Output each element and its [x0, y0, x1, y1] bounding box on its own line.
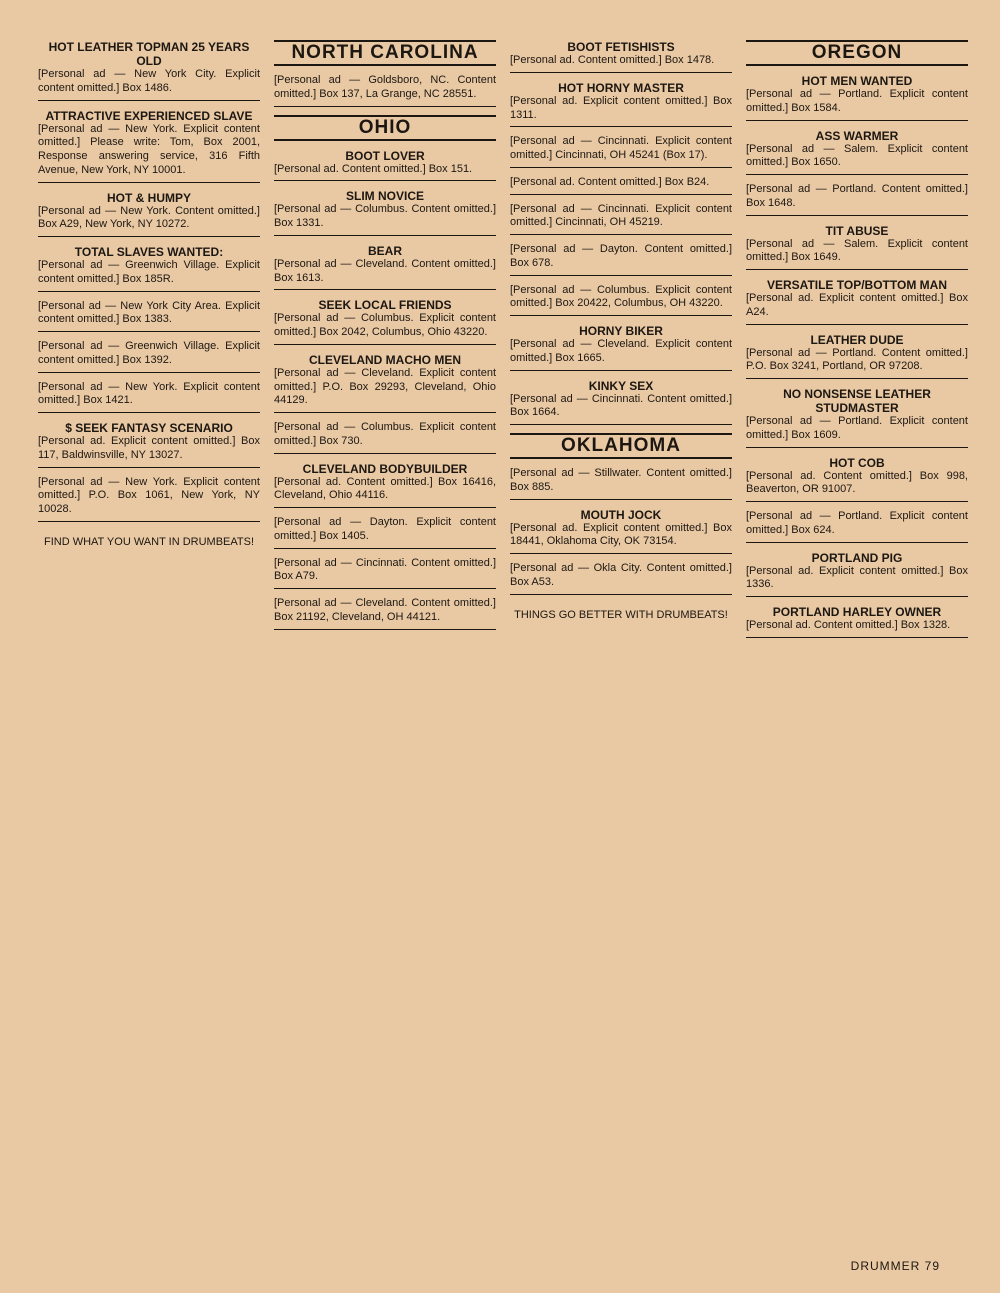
classified-ad: BOOT LOVER[Personal ad. Content omitted.… [274, 149, 496, 182]
ad-title: HOT & HUMPY [38, 191, 260, 205]
ad-body: [Personal ad — Okla City. Content omitte… [510, 562, 732, 590]
ad-body: [Personal ad — Cleveland. Content omitte… [274, 597, 496, 625]
ad-title: LEATHER DUDE [746, 333, 968, 347]
ad-body: [Personal ad — Salem. Explicit content o… [746, 238, 968, 266]
classified-ad: ATTRACTIVE EXPERIENCED SLAVE[Personal ad… [38, 109, 260, 183]
ad-title: KINKY SEX [510, 379, 732, 393]
ad-body: [Personal ad. Content omitted.] Box B24. [510, 176, 732, 190]
ad-title: NO NONSENSE LEATHER STUDMASTER [746, 387, 968, 415]
ad-body: [Personal ad — Stillwater. Content omitt… [510, 467, 732, 495]
classified-ad: [Personal ad — Dayton. Explicit content … [274, 516, 496, 549]
ad-body: [Personal ad — Cleveland. Explicit conte… [510, 338, 732, 366]
ad-title: PORTLAND PIG [746, 551, 968, 565]
ad-title: TIT ABUSE [746, 224, 968, 238]
classified-ad: [Personal ad — Greenwich Village. Explic… [38, 340, 260, 373]
column-4: OREGONHOT MEN WANTED[Personal ad — Portl… [746, 40, 968, 1260]
ad-body: [Personal ad — Cleveland. Content omitte… [274, 258, 496, 286]
column-3: BOOT FETISHISTS[Personal ad. Content omi… [510, 40, 732, 1260]
classified-ad: [Personal ad — New York. Explicit conten… [38, 476, 260, 522]
classified-ad: SEEK LOCAL FRIENDS[Personal ad — Columbu… [274, 298, 496, 345]
classified-ad: [Personal ad — Goldsboro, NC. Content om… [274, 74, 496, 107]
promo-note: THINGS GO BETTER WITH DRUMBEATS! [510, 609, 732, 621]
ad-title: HORNY BIKER [510, 324, 732, 338]
classified-ad: BEAR[Personal ad — Cleveland. Content om… [274, 244, 496, 291]
state-heading: OHIO [274, 115, 496, 141]
ad-body: [Personal ad — Dayton. Explicit content … [274, 516, 496, 544]
classified-ad: [Personal ad — Cincinnati. Content omitt… [274, 557, 496, 590]
ad-title: HOT HORNY MASTER [510, 81, 732, 95]
ad-title: TOTAL SLAVES WANTED: [38, 245, 260, 259]
page-number: DRUMMER 79 [851, 1259, 940, 1273]
classified-ad: [Personal ad. Content omitted.] Box B24. [510, 176, 732, 195]
classified-ad: CLEVELAND MACHO MEN[Personal ad — Clevel… [274, 353, 496, 413]
ad-body: [Personal ad — Portland. Content omitted… [746, 347, 968, 375]
state-heading: OKLAHOMA [510, 433, 732, 459]
column-2: NORTH CAROLINA[Personal ad — Goldsboro, … [274, 40, 496, 1260]
promo-note: FIND WHAT YOU WANT IN DRUMBEATS! [38, 536, 260, 548]
classified-ad: NO NONSENSE LEATHER STUDMASTER[Personal … [746, 387, 968, 448]
ad-body: [Personal ad — Goldsboro, NC. Content om… [274, 74, 496, 102]
ad-title: CLEVELAND MACHO MEN [274, 353, 496, 367]
classified-ad: [Personal ad — Portland. Content omitted… [746, 183, 968, 216]
classified-ad: LEATHER DUDE[Personal ad — Portland. Con… [746, 333, 968, 380]
ad-body: [Personal ad. Explicit content omitted.]… [746, 292, 968, 320]
classified-ad: [Personal ad — Stillwater. Content omitt… [510, 467, 732, 500]
classified-ad: CLEVELAND BODYBUILDER[Personal ad. Conte… [274, 462, 496, 509]
ad-body: [Personal ad. Content omitted.] Box 1641… [274, 476, 496, 504]
ad-body: [Personal ad. Content omitted.] Box 1328… [746, 619, 968, 633]
classified-ad: BOOT FETISHISTS[Personal ad. Content omi… [510, 40, 732, 73]
classified-ad: [Personal ad — Cincinnati. Explicit cont… [510, 203, 732, 236]
ad-body: [Personal ad — New York. Explicit conten… [38, 381, 260, 409]
ad-body: [Personal ad — Salem. Explicit content o… [746, 143, 968, 171]
classified-ad: HOT HORNY MASTER[Personal ad. Explicit c… [510, 81, 732, 128]
ad-title: BOOT LOVER [274, 149, 496, 163]
ad-title: CLEVELAND BODYBUILDER [274, 462, 496, 476]
ad-body: [Personal ad — Portland. Explicit conten… [746, 88, 968, 116]
classified-ad: TOTAL SLAVES WANTED:[Personal ad — Green… [38, 245, 260, 292]
ad-body: [Personal ad. Explicit content omitted.]… [510, 95, 732, 123]
classified-ad: HOT LEATHER TOPMAN 25 YEARS OLD[Personal… [38, 40, 260, 101]
classified-ad: [Personal ad — Dayton. Content omitted.]… [510, 243, 732, 276]
classified-ad: HOT COB[Personal ad. Content omitted.] B… [746, 456, 968, 503]
classified-ad: ASS WARMER[Personal ad — Salem. Explicit… [746, 129, 968, 176]
ad-body: [Personal ad — Greenwich Village. Explic… [38, 259, 260, 287]
ad-body: [Personal ad — Dayton. Content omitted.]… [510, 243, 732, 271]
ad-body: [Personal ad. Explicit content omitted.]… [510, 522, 732, 550]
ad-body: [Personal ad — New York City Area. Expli… [38, 300, 260, 328]
ad-title: BEAR [274, 244, 496, 258]
ad-title: BOOT FETISHISTS [510, 40, 732, 54]
classified-ad: PORTLAND PIG[Personal ad. Explicit conte… [746, 551, 968, 598]
ad-body: [Personal ad — Columbus. Explicit conten… [510, 284, 732, 312]
classifieds-page: HOT LEATHER TOPMAN 25 YEARS OLD[Personal… [38, 40, 968, 1260]
ad-body: [Personal ad — Greenwich Village. Explic… [38, 340, 260, 368]
ad-title: SEEK LOCAL FRIENDS [274, 298, 496, 312]
classified-ad: [Personal ad — Portland. Explicit conten… [746, 510, 968, 543]
ad-body: [Personal ad. Explicit content omitted.]… [746, 565, 968, 593]
ad-title: HOT LEATHER TOPMAN 25 YEARS OLD [38, 40, 260, 68]
ad-body: [Personal ad — New York. Explicit conten… [38, 476, 260, 517]
ad-body: [Personal ad — Columbus. Content omitted… [274, 203, 496, 231]
ad-title: HOT MEN WANTED [746, 74, 968, 88]
ad-body: [Personal ad. Explicit content omitted.]… [38, 435, 260, 463]
classified-ad: KINKY SEX[Personal ad — Cincinnati. Cont… [510, 379, 732, 426]
classified-ad: TIT ABUSE[Personal ad — Salem. Explicit … [746, 224, 968, 271]
ad-body: [Personal ad — New York. Explicit conten… [38, 123, 260, 178]
classified-ad: [Personal ad — Columbus. Explicit conten… [510, 284, 732, 317]
ad-title: ASS WARMER [746, 129, 968, 143]
column-1: HOT LEATHER TOPMAN 25 YEARS OLD[Personal… [38, 40, 260, 1260]
classified-ad: [Personal ad — New York City Area. Expli… [38, 300, 260, 333]
ad-body: [Personal ad — New York. Content omitted… [38, 205, 260, 233]
ad-title: $ SEEK FANTASY SCENARIO [38, 421, 260, 435]
ad-body: [Personal ad. Content omitted.] Box 1478… [510, 54, 732, 68]
classified-ad: HOT & HUMPY[Personal ad — New York. Cont… [38, 191, 260, 238]
ad-title: ATTRACTIVE EXPERIENCED SLAVE [38, 109, 260, 123]
ad-body: [Personal ad. Content omitted.] Box 998,… [746, 470, 968, 498]
classified-ad: HOT MEN WANTED[Personal ad — Portland. E… [746, 74, 968, 121]
ad-body: [Personal ad — New York City. Explicit c… [38, 68, 260, 96]
ad-body: [Personal ad — Portland. Explicit conten… [746, 510, 968, 538]
ad-body: [Personal ad — Cincinnati. Content omitt… [510, 393, 732, 421]
state-heading: OREGON [746, 40, 968, 66]
ad-title: SLIM NOVICE [274, 189, 496, 203]
ad-title: PORTLAND HARLEY OWNER [746, 605, 968, 619]
ad-body: [Personal ad — Cincinnati. Explicit cont… [510, 203, 732, 231]
classified-ad: [Personal ad — Okla City. Content omitte… [510, 562, 732, 595]
classified-ad: HORNY BIKER[Personal ad — Cleveland. Exp… [510, 324, 732, 371]
ad-body: [Personal ad — Cincinnati. Explicit cont… [510, 135, 732, 163]
ad-title: VERSATILE TOP/BOTTOM MAN [746, 278, 968, 292]
classified-ad: SLIM NOVICE[Personal ad — Columbus. Cont… [274, 189, 496, 236]
ad-body: [Personal ad — Portland. Explicit conten… [746, 415, 968, 443]
ad-body: [Personal ad — Portland. Content omitted… [746, 183, 968, 211]
ad-body: [Personal ad — Cincinnati. Content omitt… [274, 557, 496, 585]
ad-body: [Personal ad — Columbus. Explicit conten… [274, 312, 496, 340]
classified-ad: [Personal ad — Cincinnati. Explicit cont… [510, 135, 732, 168]
ad-body: [Personal ad — Columbus. Explicit conten… [274, 421, 496, 449]
classified-ad: MOUTH JOCK[Personal ad. Explicit content… [510, 508, 732, 555]
classified-ad: VERSATILE TOP/BOTTOM MAN[Personal ad. Ex… [746, 278, 968, 325]
classified-ad: PORTLAND HARLEY OWNER[Personal ad. Conte… [746, 605, 968, 638]
classified-ad: [Personal ad — Columbus. Explicit conten… [274, 421, 496, 454]
ad-body: [Personal ad. Content omitted.] Box 151. [274, 163, 496, 177]
ad-title: MOUTH JOCK [510, 508, 732, 522]
classified-ad: [Personal ad — New York. Explicit conten… [38, 381, 260, 414]
classified-ad: [Personal ad — Cleveland. Content omitte… [274, 597, 496, 630]
ad-title: HOT COB [746, 456, 968, 470]
state-heading: NORTH CAROLINA [274, 40, 496, 66]
ad-body: [Personal ad — Cleveland. Explicit conte… [274, 367, 496, 408]
classified-ad: $ SEEK FANTASY SCENARIO[Personal ad. Exp… [38, 421, 260, 468]
